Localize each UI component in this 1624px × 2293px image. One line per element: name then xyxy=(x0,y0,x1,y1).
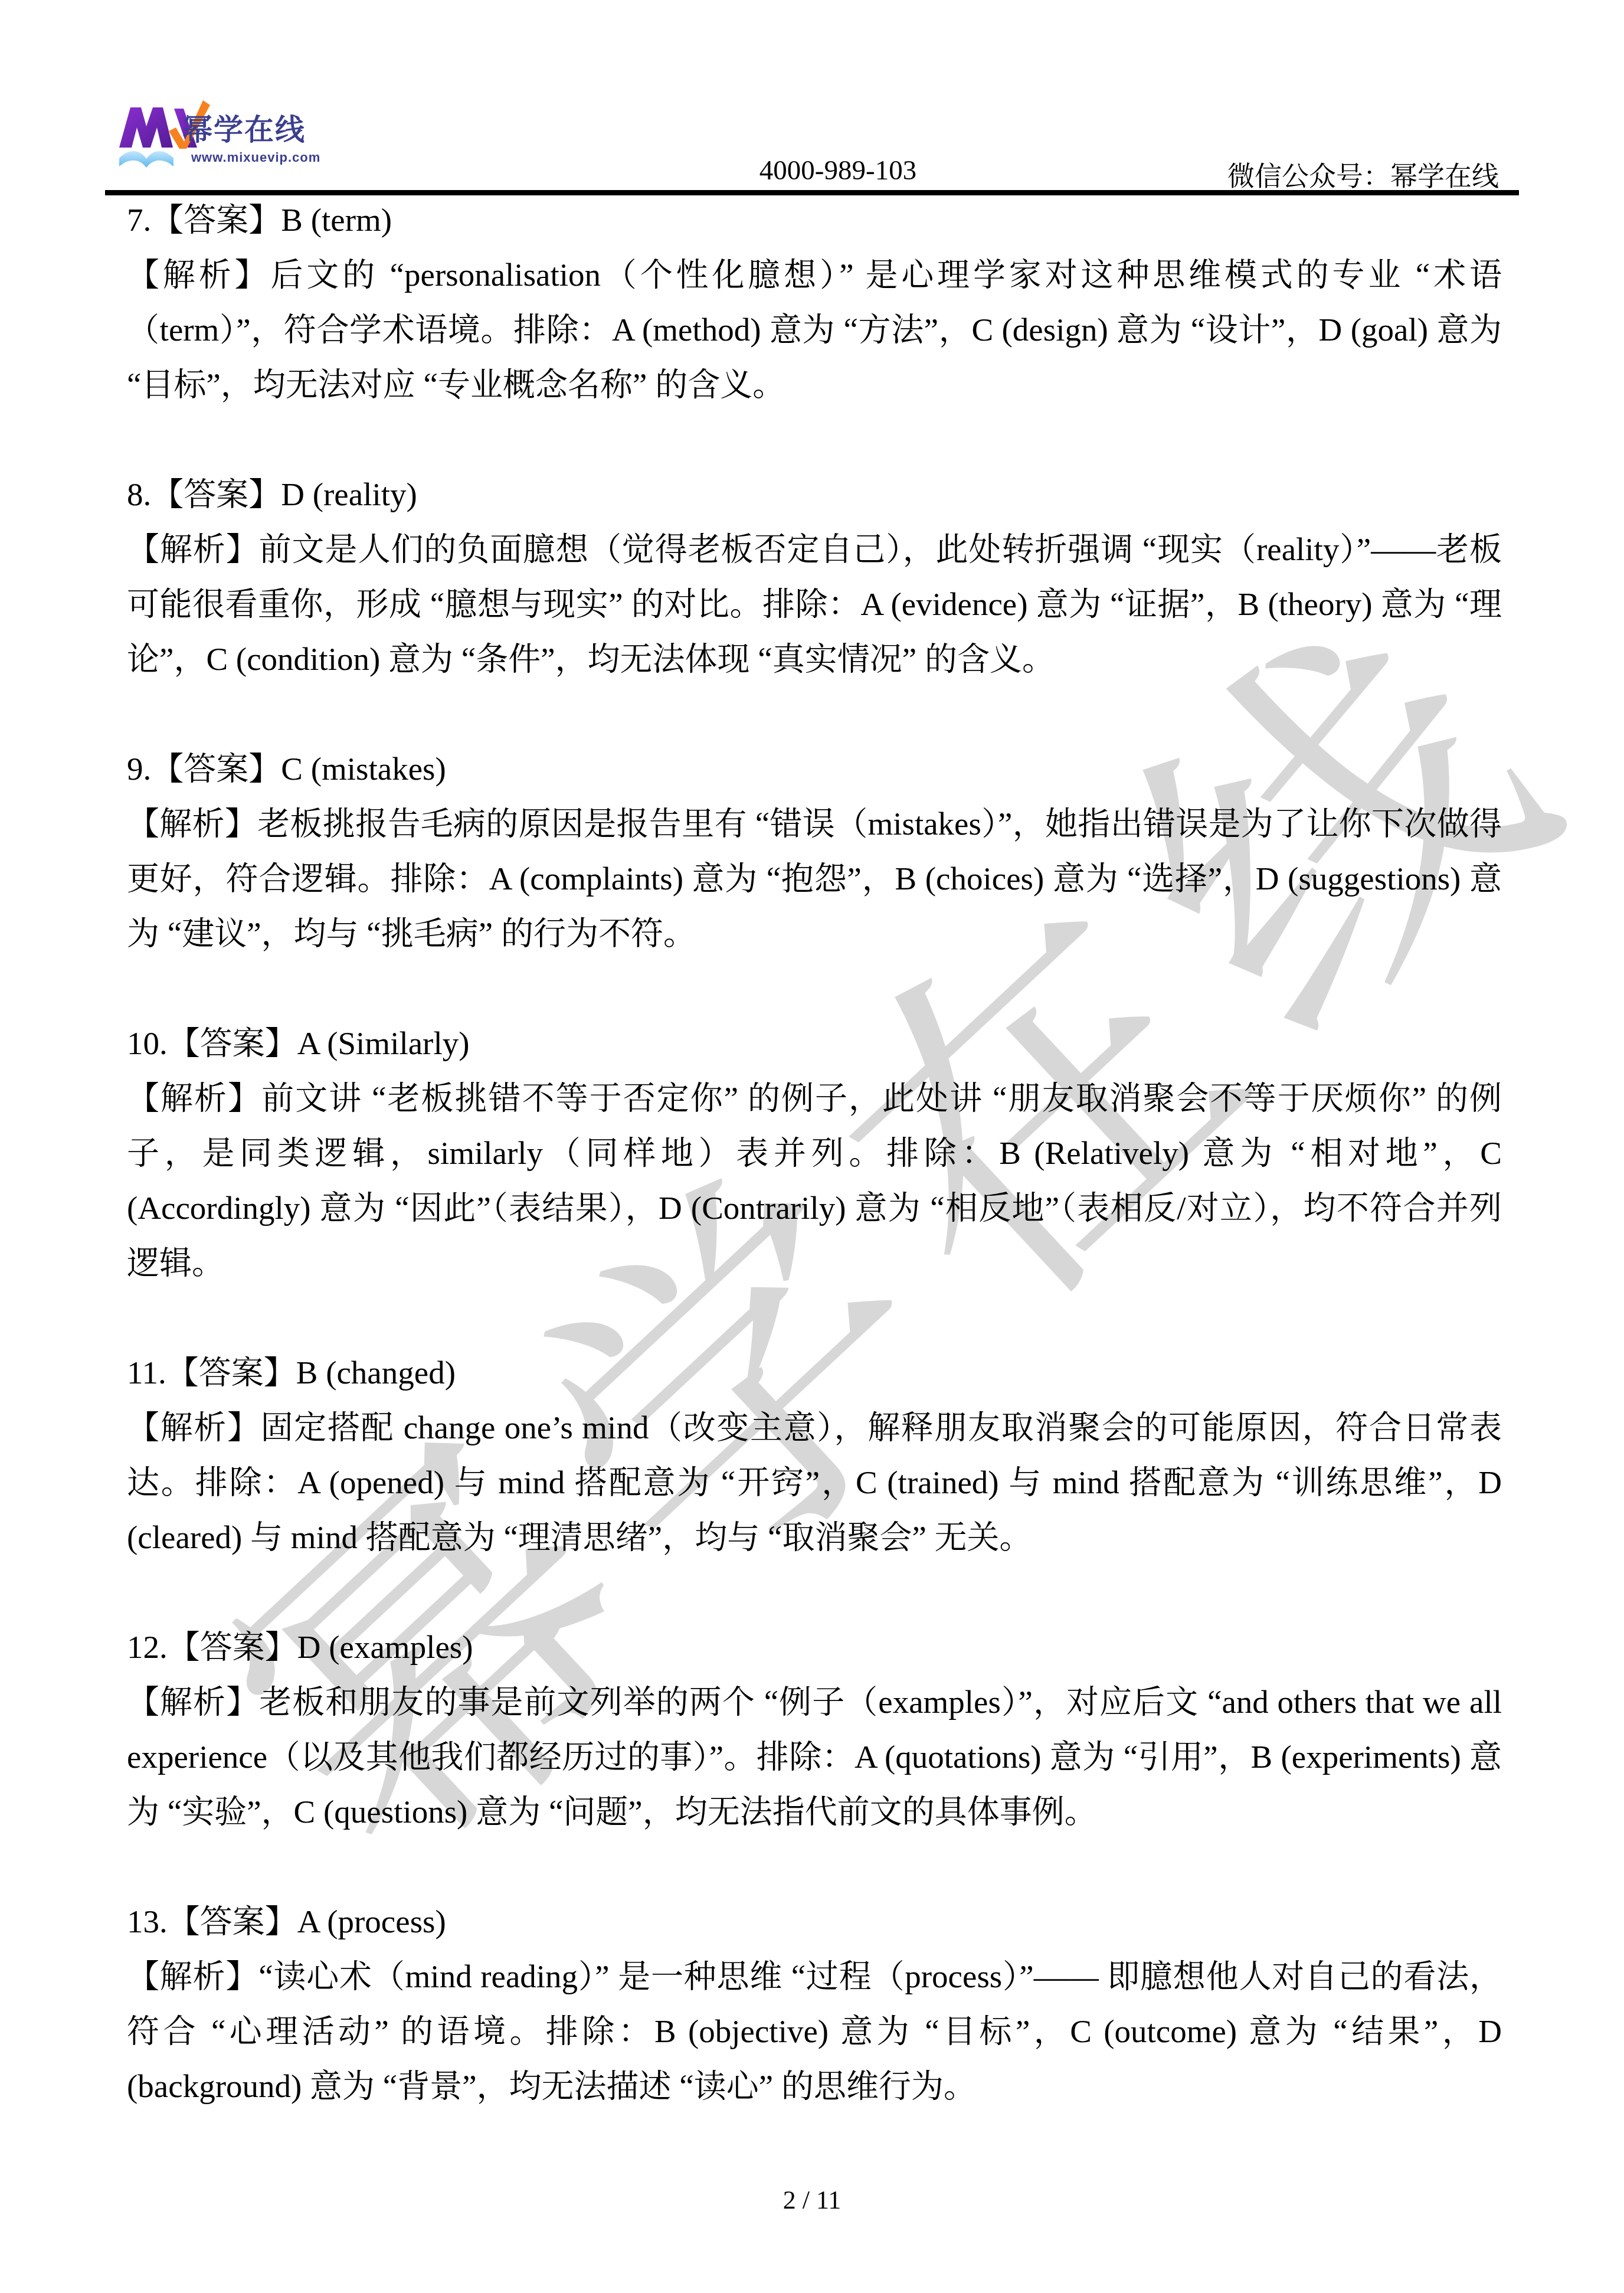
question-9-block: 9.【答案】C (mistakes) 【解析】老板挑报告毛病的原因是报告里有 “… xyxy=(127,741,1502,961)
question-7-analysis: 【解析】后文的 “personalisation（个性化臆想）” 是心理学家对这… xyxy=(127,247,1502,412)
page-number: 2 / 11 xyxy=(783,2186,842,2215)
question-8-block: 8.【答案】D (reality) 【解析】前文是人们的负面臆想（觉得老板否定自… xyxy=(127,467,1502,686)
question-11-answer: 11.【答案】B (changed) xyxy=(127,1345,1502,1400)
question-8-answer: 8.【答案】D (reality) xyxy=(127,467,1502,522)
question-10-block: 10.【答案】A (Similarly) 【解析】前文讲 “老板挑错不等于否定你… xyxy=(127,1016,1502,1290)
brand-name: 幂学在线 xyxy=(183,106,306,149)
question-12-block: 12.【答案】D (examples) 【解析】老板和朋友的事是前文列举的两个 … xyxy=(127,1620,1502,1839)
question-10-analysis: 【解析】前文讲 “老板挑错不等于否定你” 的例子，此处讲 “朋友取消聚会不等于厌… xyxy=(127,1071,1502,1290)
header-wechat-account: 微信公众号：幂学在线 xyxy=(1227,155,1499,194)
question-11-block: 11.【答案】B (changed) 【解析】固定搭配 change one’s… xyxy=(127,1345,1502,1565)
question-13-analysis: 【解析】“读心术（mind reading）” 是一种思维 “过程（proces… xyxy=(127,1949,1502,2114)
question-9-analysis: 【解析】老板挑报告毛病的原因是报告里有 “错误（mistakes）”，她指出错误… xyxy=(127,796,1502,961)
question-10-answer: 10.【答案】A (Similarly) xyxy=(127,1016,1502,1071)
question-7-block: 7.【答案】B (term) 【解析】后文的 “personalisation（… xyxy=(127,192,1502,412)
brand-logo: 幂学在线 www.mixuevip.com xyxy=(117,99,312,179)
header-divider xyxy=(105,190,1519,195)
question-8-analysis: 【解析】前文是人们的负面臆想（觉得老板否定自己），此处转折强调 “现实（real… xyxy=(127,522,1502,686)
question-12-answer: 12.【答案】D (examples) xyxy=(127,1620,1502,1674)
question-11-analysis: 【解析】固定搭配 change one’s mind（改变主意），解释朋友取消聚… xyxy=(127,1400,1502,1565)
brand-website: www.mixuevip.com xyxy=(191,150,320,165)
document-page: 幂学在线 幂学在线 www.m xyxy=(0,0,1624,2293)
question-7-answer: 7.【答案】B (term) xyxy=(127,192,1502,247)
answers-content: 7.【答案】B (term) 【解析】后文的 “personalisation（… xyxy=(127,192,1502,2168)
question-13-answer: 13.【答案】A (process) xyxy=(127,1894,1502,1949)
page-footer: 2 / 11 xyxy=(0,2185,1624,2215)
question-9-answer: 9.【答案】C (mistakes) xyxy=(127,741,1502,796)
question-13-block: 13.【答案】A (process) 【解析】“读心术（mind reading… xyxy=(127,1894,1502,2114)
question-12-analysis: 【解析】老板和朋友的事是前文列举的两个 “例子（examples）”，对应后文 … xyxy=(127,1674,1502,1839)
header-phone-number: 4000-989-103 xyxy=(690,155,985,187)
